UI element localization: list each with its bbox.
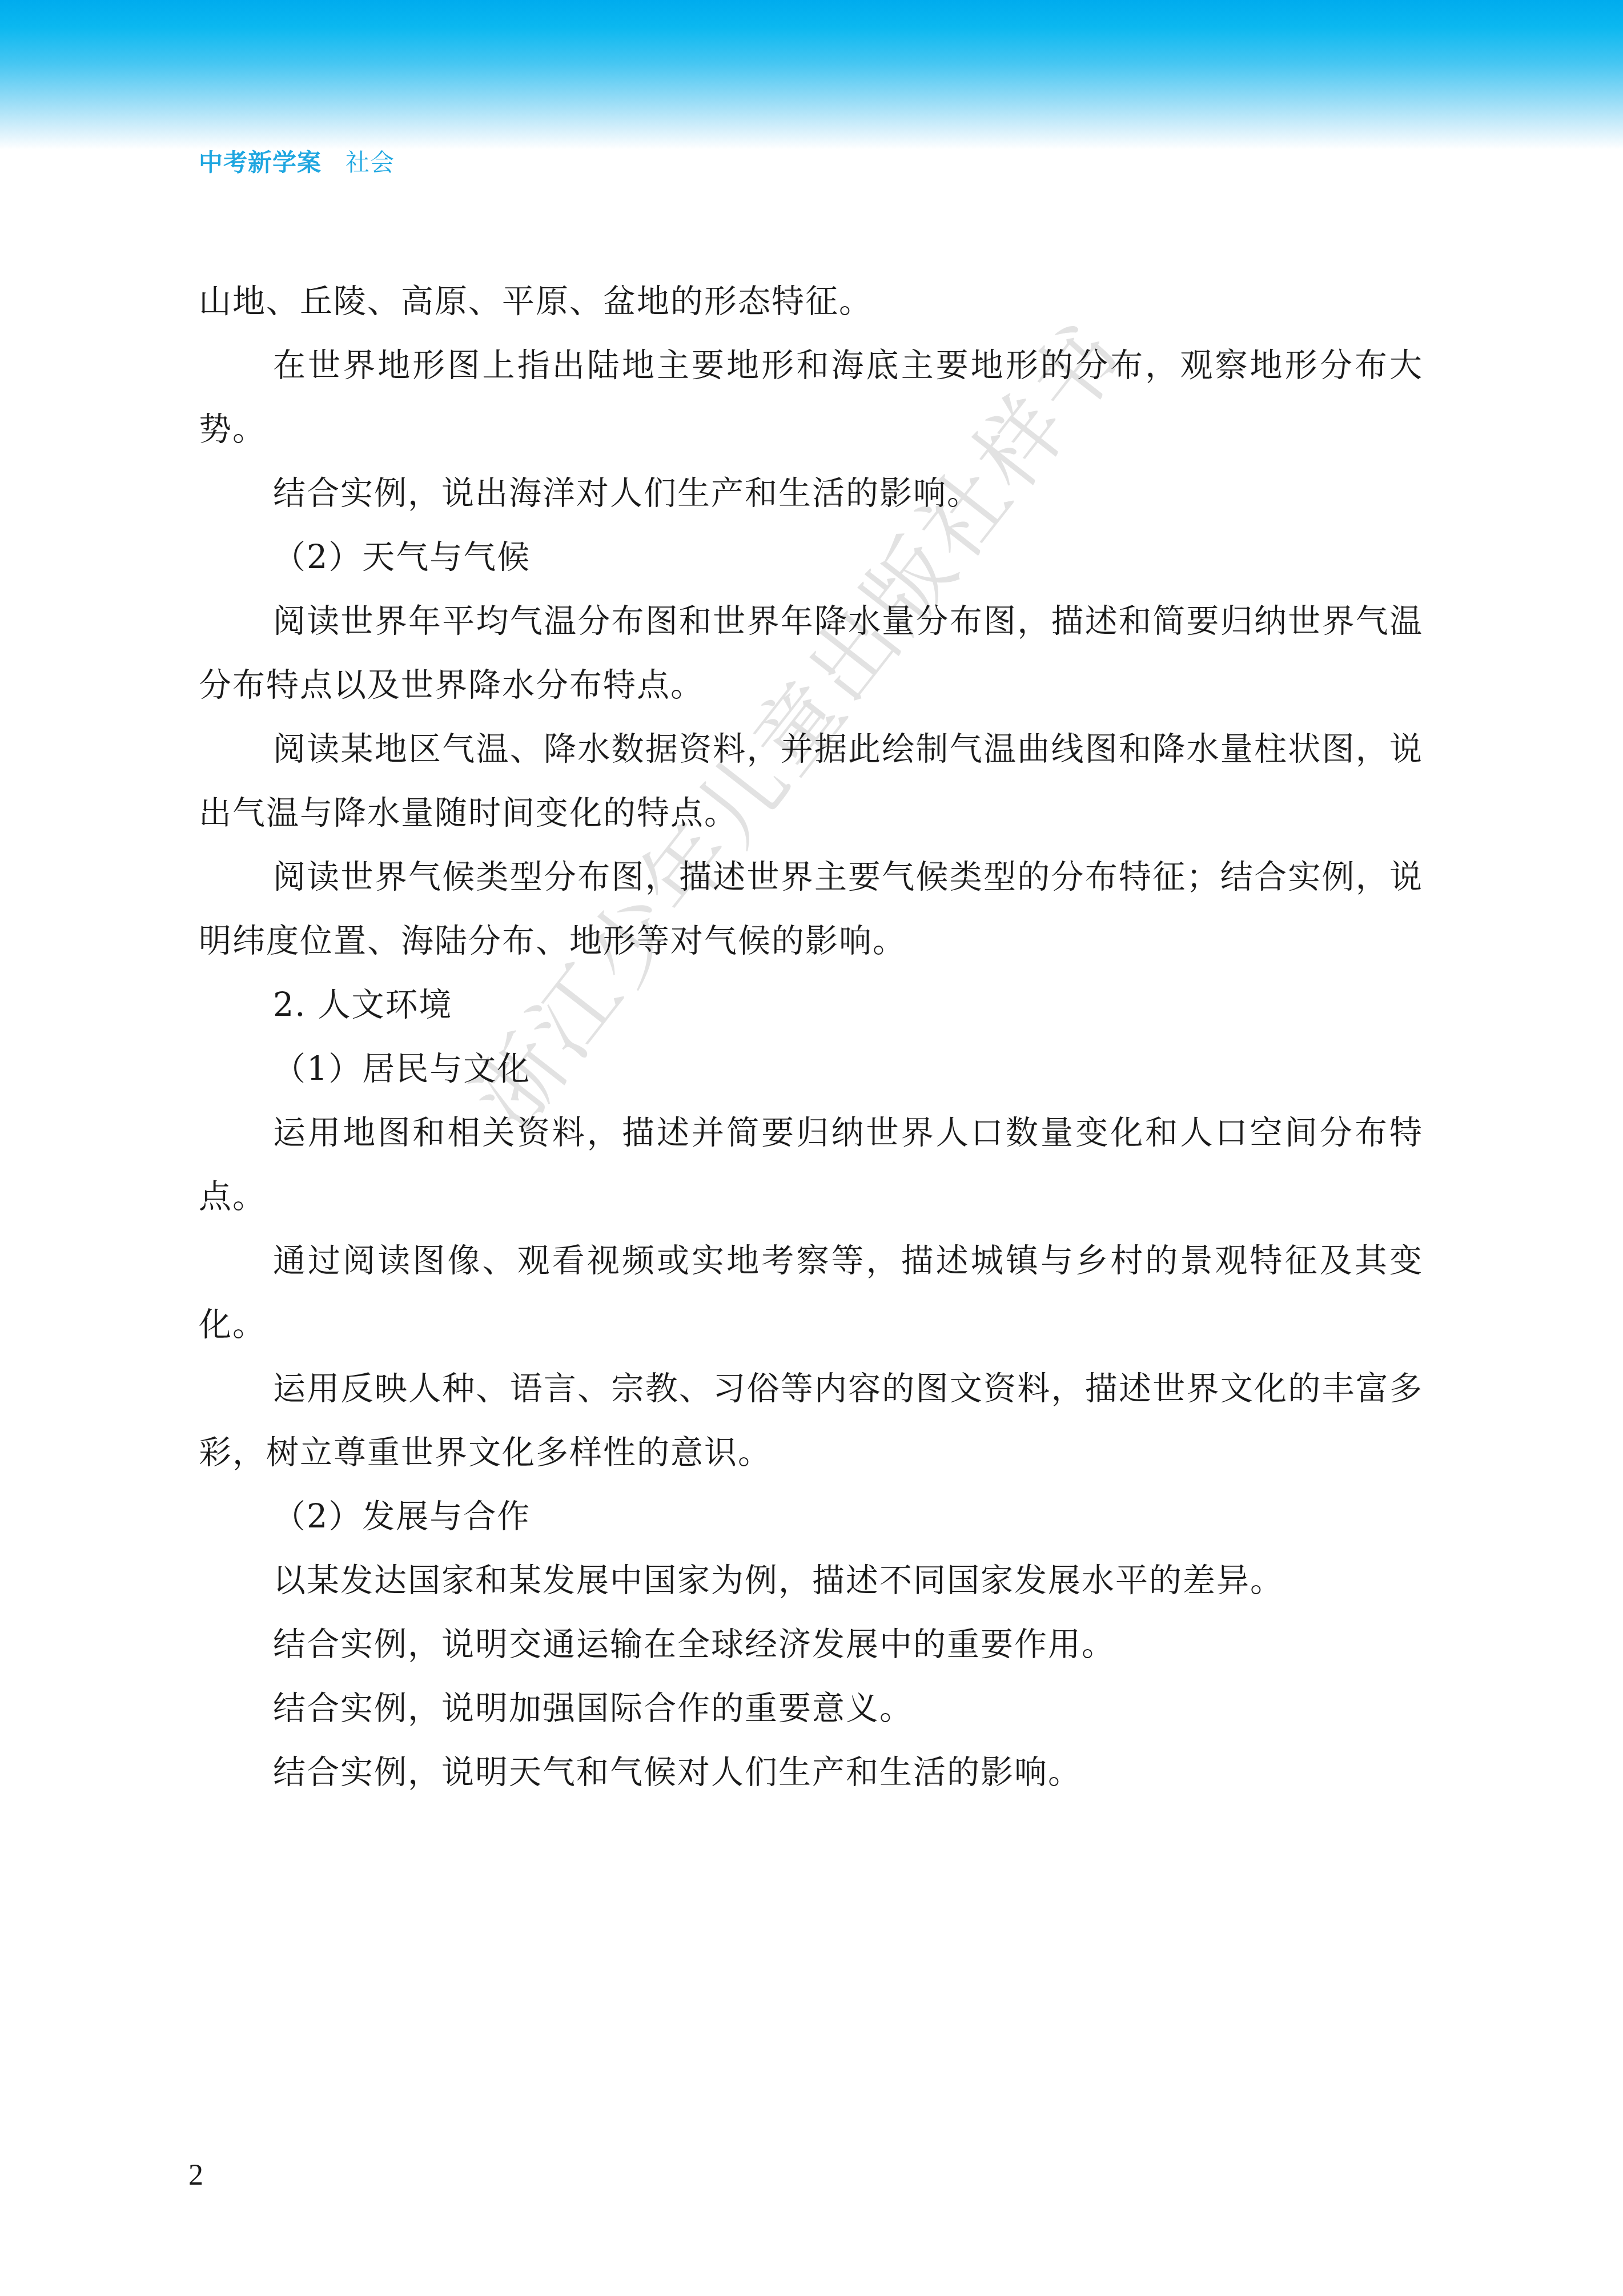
running-head: 中考新学案 社会	[199, 144, 395, 178]
header-gradient-band	[0, 0, 1623, 150]
paragraph: 阅读某地区气温、降水数据资料，并据此绘制气温曲线图和降水量柱状图，说出气温与降水…	[199, 717, 1423, 845]
page-body: 山地、丘陵、高原、平原、盆地的形态特征。 在世界地形图上指出陆地主要地形和海底主…	[199, 270, 1423, 1804]
section-heading: （2）发展与合作	[199, 1485, 1423, 1549]
paragraph: 结合实例，说明天气和气候对人们生产和生活的影响。	[199, 1740, 1423, 1804]
paragraph: 阅读世界年平均气温分布图和世界年降水量分布图，描述和简要归纳世界气温分布特点以及…	[199, 589, 1423, 717]
paragraph: 在世界地形图上指出陆地主要地形和海底主要地形的分布，观察地形分布大势。	[199, 333, 1423, 461]
paragraph: 通过阅读图像、观看视频或实地考察等，描述城镇与乡村的景观特征及其变化。	[199, 1229, 1423, 1357]
page-number: 2	[188, 2158, 203, 2192]
paragraph: 运用反映人种、语言、宗教、习俗等内容的图文资料，描述世界文化的丰富多彩，树立尊重…	[199, 1357, 1423, 1485]
paragraph: 结合实例，说明加强国际合作的重要意义。	[199, 1676, 1423, 1740]
section-heading: （1）居民与文化	[199, 1037, 1423, 1101]
section-heading: 2. 人文环境	[199, 973, 1423, 1037]
paragraph: 结合实例，说出海洋对人们生产和生活的影响。	[199, 461, 1423, 525]
paragraph: 阅读世界气候类型分布图，描述世界主要气候类型的分布特征；结合实例，说明纬度位置、…	[199, 845, 1423, 973]
subject-label: 社会	[346, 144, 395, 178]
paragraph: 以某发达国家和某发展中国家为例，描述不同国家发展水平的差异。	[199, 1549, 1423, 1613]
paragraph: 结合实例，说明交通运输在全球经济发展中的重要作用。	[199, 1613, 1423, 1676]
paragraph: 运用地图和相关资料，描述并简要归纳世界人口数量变化和人口空间分布特点。	[199, 1101, 1423, 1229]
section-heading: （2）天气与气候	[199, 525, 1423, 589]
book-title: 中考新学案	[199, 144, 322, 178]
paragraph: 山地、丘陵、高原、平原、盆地的形态特征。	[199, 270, 1423, 333]
